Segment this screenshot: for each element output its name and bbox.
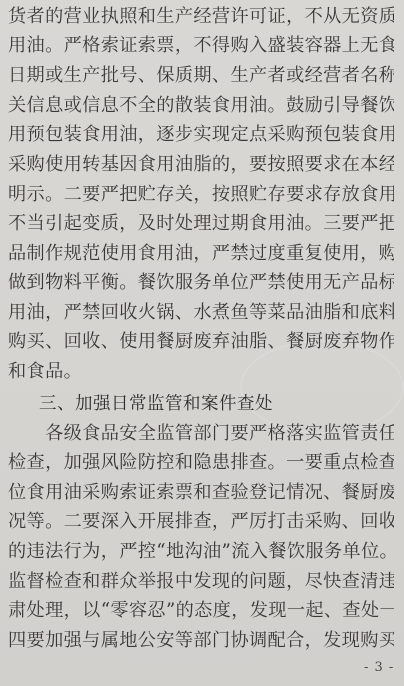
body-line: 关信息或信息不全的散装食用油。鼓励引导餐饮服务单位采购使 xyxy=(8,95,394,117)
section-heading: 三、加强日常监管和案件查处 xyxy=(39,393,273,415)
body-line: 用预包装食用油，逐步实现定点采购预包装食用油和火锅底料。 xyxy=(8,124,394,146)
body-line: 货者的营业执照和生产经营许可证，不从无资质的供货商购入食 xyxy=(8,6,394,28)
body-line: 和食品。 xyxy=(8,361,394,383)
body-line: 用油。严格索证索票，不得购入盛装容器上无食用油名称、生产 xyxy=(8,35,394,57)
body-line: 位食用油采购索证索票和查验登记情况、餐厨废弃油脂的处置情 xyxy=(8,482,394,504)
body-line: 检查，加强风险防控和隐患排查。一要重点检查各类餐饮服务单 xyxy=(8,452,394,474)
body-line: 用油，严禁回收火锅、水煮鱼等菜品油脂和底料加工食品；严禁 xyxy=(8,302,394,324)
body-line: 品制作规范使用食用油，严禁过度重复使用，购进和使用食用油 xyxy=(8,243,394,265)
body-line: 的违法行为，严控“地沟油”流入餐饮服务单位。三要对专项治理、 xyxy=(8,541,394,563)
body-line: 肃处理，以“零容忍”的态度，发现一起、查处一起、曝光一起。 xyxy=(8,600,394,622)
body-line: 做到物料平衡。餐饮服务单位严禁使用无产品标识的散装裸装食 xyxy=(8,272,394,294)
page-number: - 3 - xyxy=(364,660,394,675)
body-line: 况等。二要深入开展排查，严厉打击采购、回收、使用“地沟油” xyxy=(8,511,394,533)
body-line: 采购使用转基因食用油脂的，要按照要求在本经营场所显著位置 xyxy=(8,154,394,176)
stamp-watermark xyxy=(240,340,404,434)
body-line: 监督检查和群众举报中发现的问题，尽快查清违法事实，依法严 xyxy=(8,571,394,593)
document-page: 货者的营业执照和生产经营许可证，不从无资质的供货商购入食 用油。严格索证索票，不… xyxy=(0,0,404,686)
body-line: 各级食品安全监管部门要严格落实监管责任，结合日常监督 xyxy=(8,423,394,445)
body-line: 日期或生产批号、保质期、生产者或经营者名称及联系方式等相 xyxy=(8,65,394,87)
body-line: 明示。二要严把贮存关，按照贮存要求存放食用油，防止因贮存 xyxy=(8,184,394,206)
body-line: 不当引起变质，及时处理过期食用油。三要严把使用关，按照菜 xyxy=(8,213,394,235)
body-line: 购买、回收、使用餐厨废弃油脂、餐厨废弃物作原料加工食用油 xyxy=(8,331,394,353)
body-line: 四要加强与属地公安等部门协调配合，发现购买使用“地沟油”、 xyxy=(8,630,394,652)
